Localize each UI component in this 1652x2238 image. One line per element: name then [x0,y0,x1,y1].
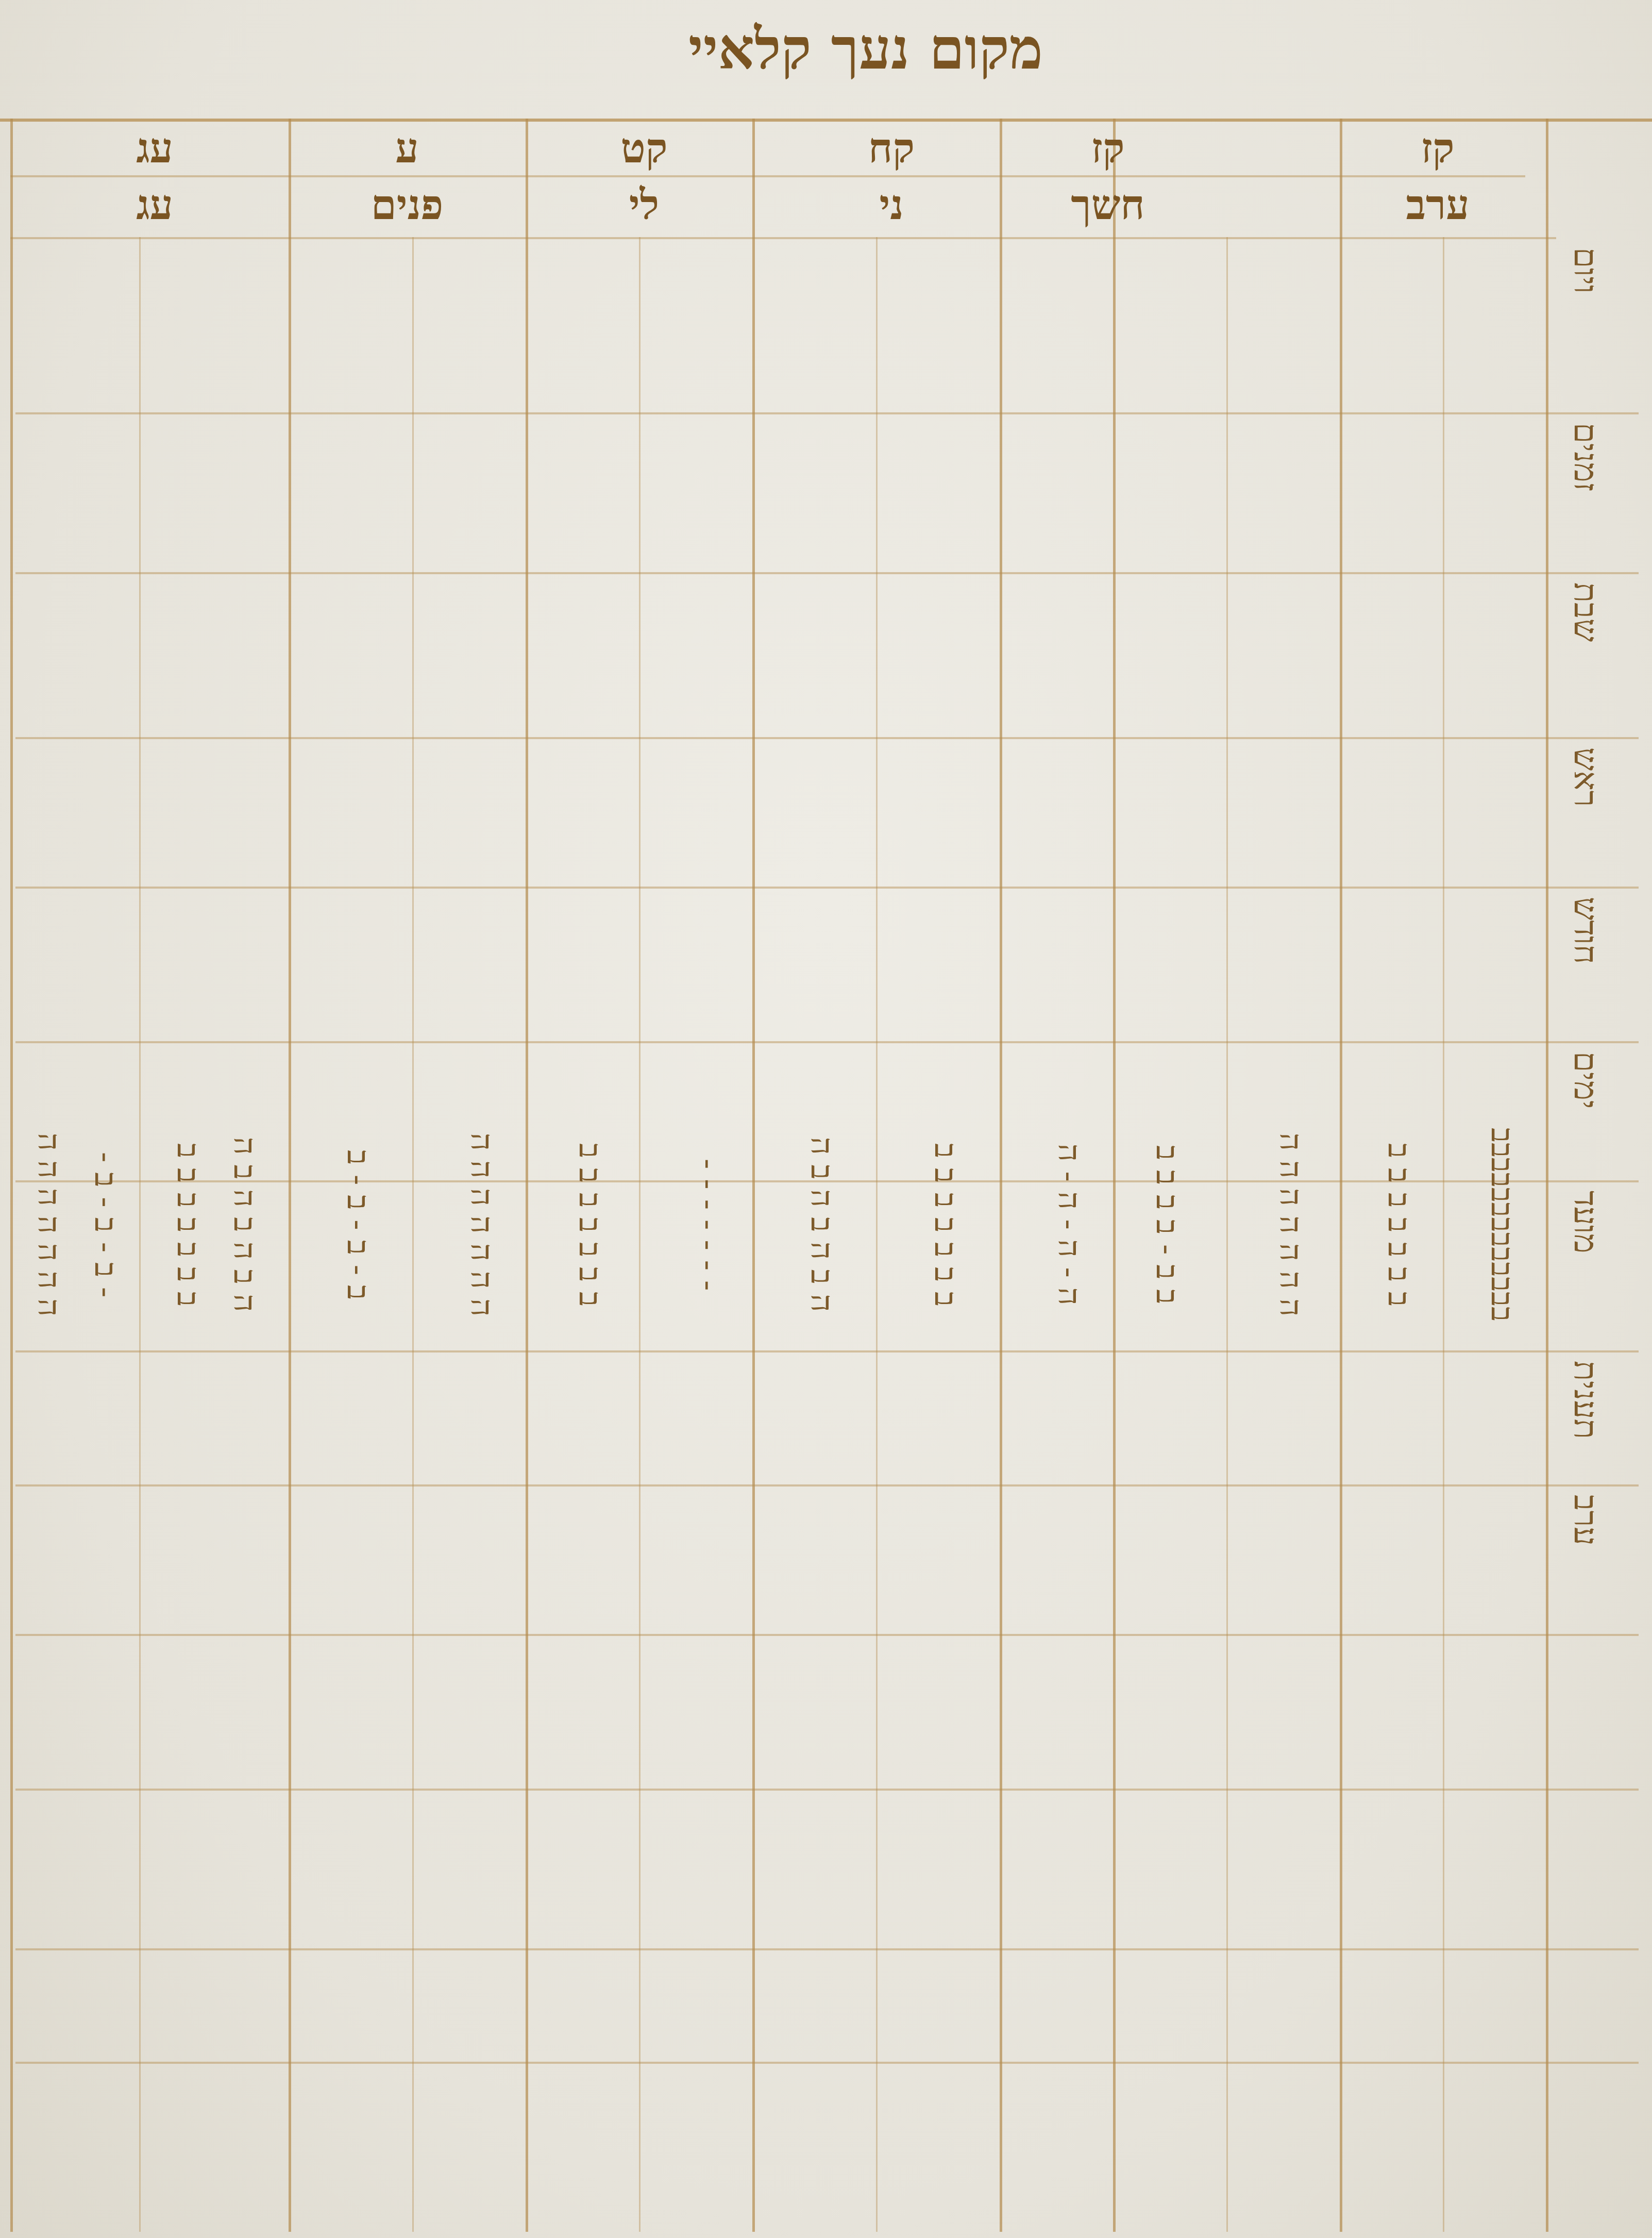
cell-text: ה ב ה ב ה ב ה [804,1137,840,1312]
rule-group [752,119,755,2232]
rule-group [526,119,528,2232]
row-label: תענית [1566,1361,1605,1439]
rule-header-1 [10,175,1525,177]
rule-header-2 [10,237,1556,239]
text-column: ב ב ב ב ב ב ב [572,242,608,2207]
rule-top [0,119,1652,122]
group-header-number: ע [330,124,484,173]
cell-text: ב ב ב ב ב ב ב [1381,1143,1417,1307]
rule-group [1000,119,1002,2232]
cell-text: - ב - ב - ב - [88,1152,124,1297]
group-header-number: קח [814,124,969,173]
text-column: ב - ב - ב - ב [340,242,376,2207]
rule-sub [1443,237,1444,2232]
cell-text: ב - ב - ב - ב [340,1150,376,1300]
row-label: זמנים [1566,423,1605,491]
cell-text: ב ב - ב ב ב ב [1149,1145,1185,1304]
row-label: חודש [1566,897,1605,964]
rule-group [1340,119,1342,2232]
cell-text: ה ב ה ב ה ב ה [227,1137,263,1312]
text-column: ה ב ה ב ה ב ה [804,242,840,2207]
group-header-number: קז [1360,124,1515,173]
cell-text: - - - - - - - [690,1159,727,1291]
row-label: שבת [1566,582,1605,642]
text-column: - - - - - - - [690,242,727,2207]
text-column: - ב - ב - ב - [88,242,124,2207]
row-label: מועד [1566,1191,1605,1253]
page-title: מקום נעך קלאיי [685,15,1046,82]
group-header-number: קט [567,124,721,173]
cell-text: בבבבבבבבבבבבב [1484,1128,1520,1322]
rule-sub [139,237,141,2232]
text-column: ב ב ב ב ב ב ב [1381,242,1417,2207]
cell-text: ה ה ה ה ה ה ה [464,1133,500,1316]
text-column: ה ה ה ה ה ה ה [31,242,67,2207]
text-column: ב ב - ב ב ב ב [1149,242,1185,2207]
cell-text: ה ה ה ה ה ה ה [1273,1133,1309,1316]
cell-text: ה - ה - ה - ה [1051,1144,1087,1305]
cell-text: ה ה ה ה ה ה ה [31,1133,67,1316]
text-column: ה ה ה ה ה ה ה [464,242,500,2207]
rule-group [289,119,291,2232]
cell-text: ב ב ב ב ב ב ב [572,1143,608,1307]
rule-sub [412,237,414,2232]
text-column: ב ב ב ב ב ב ב [170,242,206,2207]
group-header-number: עג [77,124,232,173]
row-label: ויום [1566,247,1605,293]
text-column: בבבבבבבבבבבבב [1484,242,1520,2207]
row-label: ערב [1566,1495,1605,1546]
rule-left [10,119,13,2232]
text-column: ב ב ב ב ב ב ב [928,242,964,2207]
group-header-number: קז [1031,124,1185,173]
text-column: ה - ה - ה - ה [1051,242,1087,2207]
group-header-subtitle: ני [814,180,969,229]
row-label: ראש [1566,747,1605,807]
cell-text: ב ב ב ב ב ב ב [170,1143,206,1307]
row-label: ימים [1566,1051,1605,1109]
manuscript-page: מקום נעך קלאיי קז ערב קז חשך קח ני קט לי… [0,0,1652,2238]
rule-sub [876,237,878,2232]
group-header-subtitle: ערב [1360,180,1515,229]
rule-sub [639,237,640,2232]
rule-group [1546,119,1548,2232]
cell-text: ב ב ב ב ב ב ב [928,1143,964,1307]
text-column: ה ב ה ב ה ב ה [227,242,263,2207]
group-header-subtitle: פנים [330,180,484,229]
rule-sub [1226,237,1228,2232]
group-header-subtitle: לי [567,180,721,229]
group-header-subtitle: עג [77,180,232,229]
rule-group [1113,119,1116,2232]
group-header-subtitle: חשך [1031,180,1185,229]
text-column: ה ה ה ה ה ה ה [1273,242,1309,2207]
